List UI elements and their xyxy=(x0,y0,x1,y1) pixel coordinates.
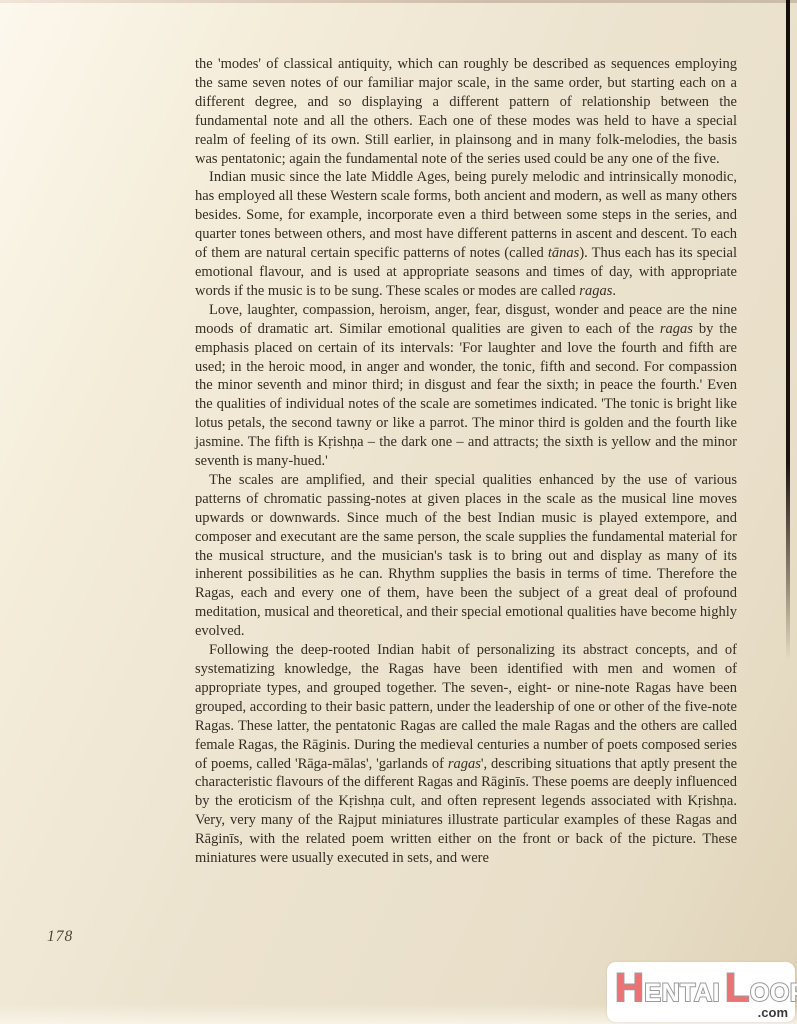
page-edge-shadow xyxy=(786,0,790,660)
paragraph: Love, laughter, compassion, heroism, ang… xyxy=(195,301,737,471)
book-page: the 'modes' of classical antiquity, whic… xyxy=(0,0,797,1024)
paragraph: the 'modes' of classical antiquity, whic… xyxy=(195,55,737,168)
page-top-edge-shadow xyxy=(0,0,797,3)
paragraph: Following the deep-rooted Indian habit o… xyxy=(195,641,737,868)
page-number: 178 xyxy=(47,928,73,946)
watermark-domain-suffix: .com xyxy=(758,1005,788,1020)
watermark-letter-h: H xyxy=(615,966,644,1010)
watermark-text-entai: ENTAI xyxy=(644,979,720,1007)
page-text: the 'modes' of classical antiquity, whic… xyxy=(195,55,737,868)
watermark-letter-l: L xyxy=(725,966,750,1010)
watermark-logo: HENTAILOOP .com xyxy=(607,962,795,1022)
paragraph: The scales are amplified, and their spec… xyxy=(195,471,737,641)
watermark-text-oop: OOP xyxy=(750,979,797,1007)
paragraph: Indian music since the late Middle Ages,… xyxy=(195,168,737,300)
